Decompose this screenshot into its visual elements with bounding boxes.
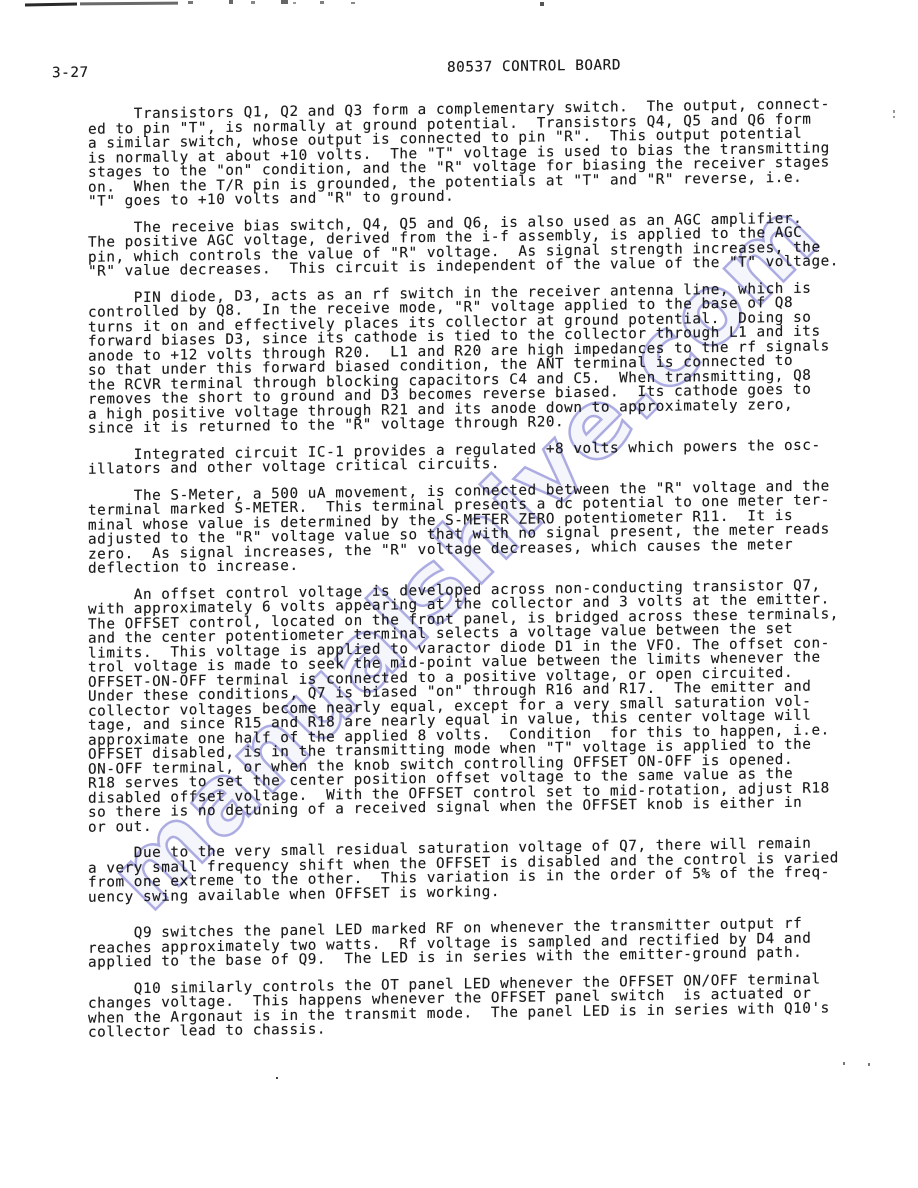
scan-artifact (229, 0, 233, 4)
paragraph: Q10 similarly controls the OT panel LED … (0, 971, 918, 1042)
scan-artifact (293, 2, 296, 4)
paragraph: The receive bias switch, Q4, Q5 and Q6, … (0, 210, 918, 281)
scan-artifact (893, 116, 895, 118)
scanned-page: manualshive.com 3-27 80537 CONTROL BOARD… (0, 0, 918, 1188)
scan-artifact (893, 110, 895, 113)
paragraph: Due to the very small residual saturatio… (0, 835, 918, 906)
paragraph: An offset control voltage is developed a… (0, 577, 918, 836)
paragraph: Integrated circuit IC-1 provides a regul… (0, 437, 918, 479)
scan-artifact (276, 1077, 278, 1079)
scan-artifact (320, 1, 324, 4)
scan-artifact (540, 2, 544, 6)
document-paragraphs: Transistors Q1, Q2 and Q3 form a complem… (0, 96, 918, 1041)
typed-content: 3-27 80537 CONTROL BOARD Transistors Q1,… (0, 0, 918, 1053)
page-title: 80537 CONTROL BOARD (447, 57, 621, 75)
paragraph: The S-Meter, a 500 uA movement, is conne… (0, 478, 918, 578)
paragraph: Q9 switches the panel LED marked RF on w… (0, 915, 918, 971)
scan-artifact (251, 1, 255, 4)
scan-artifact (868, 1063, 870, 1066)
scan-artifact (188, 1, 193, 4)
paragraph: Transistors Q1, Q2 and Q3 form a complem… (0, 96, 918, 210)
scan-artifact (843, 1062, 845, 1065)
scan-artifact (351, 2, 355, 4)
paragraph: PIN diode, D3, acts as an rf switch in t… (0, 280, 918, 438)
page-number: 3-27 (52, 65, 89, 82)
page-header: 3-27 80537 CONTROL BOARD (0, 53, 918, 81)
scan-artifact (281, 0, 288, 4)
